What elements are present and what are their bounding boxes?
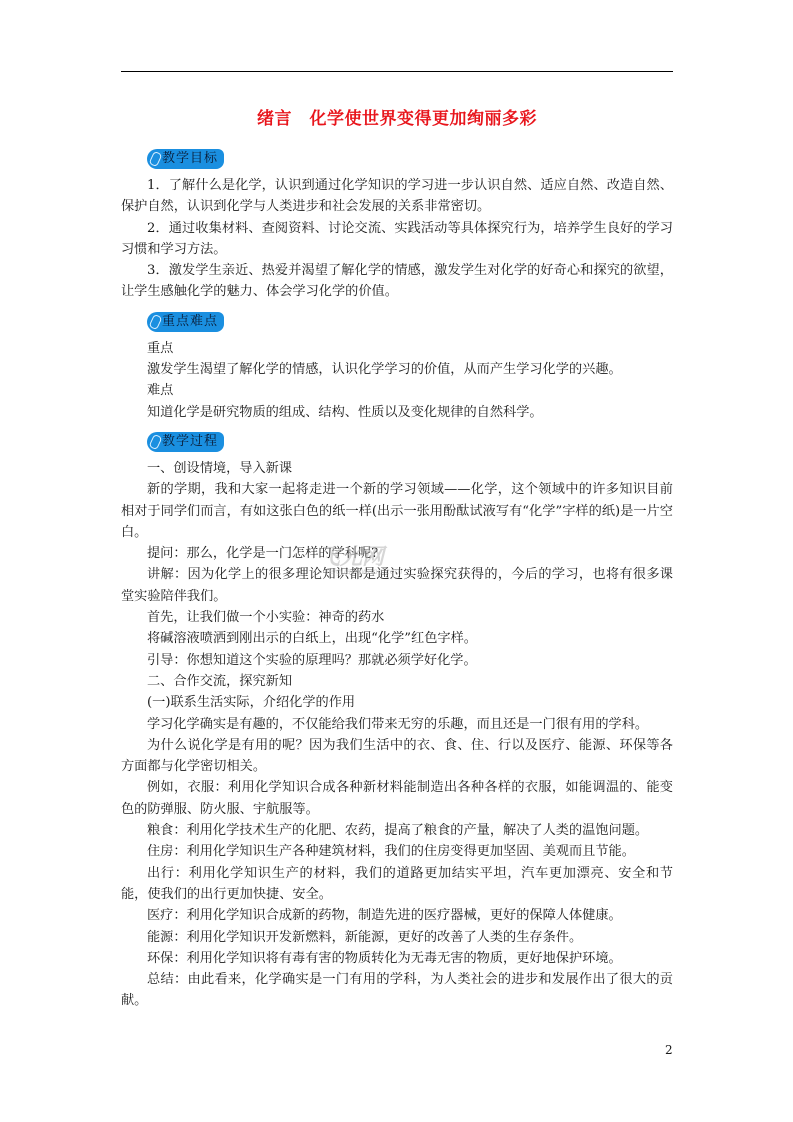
paperclip-icon bbox=[148, 434, 162, 450]
process-paragraph: 能源：利用化学知识开发新燃料，新能源，更好的改善了人类的生存条件。 bbox=[121, 927, 673, 948]
process-paragraph: 医疗：利用化学知识合成新的药物，制造先进的医疗器械，更好的保障人体健康。 bbox=[121, 905, 673, 926]
process-paragraph: (一)联系生活实际，介绍化学的作用 bbox=[121, 692, 673, 713]
badge-label: 教学过程 bbox=[162, 431, 218, 452]
paperclip-icon bbox=[148, 314, 162, 330]
document-title: 绪言 化学使世界变得更加绚丽多彩 bbox=[121, 104, 673, 129]
process-paragraph: 一、创设情境，导入新课 bbox=[121, 458, 673, 479]
section-badge-process: 教学过程 bbox=[147, 432, 224, 452]
header-rule bbox=[121, 71, 673, 72]
process-paragraph: 例如，衣服：利用化学知识合成各种新材料能制造出各种各样的衣服，如能调温的、能变色… bbox=[121, 777, 673, 820]
paperclip-icon bbox=[148, 151, 162, 167]
process-paragraph: 粮食：利用化学技术生产的化肥、农药，提高了粮食的产量，解决了人类的温饱问题。 bbox=[121, 820, 673, 841]
watermark: 飞光网 feiguangwang.com bbox=[318, 540, 402, 576]
process-paragraph: 二、合作交流，探究新知 bbox=[121, 671, 673, 692]
process-paragraph: 环保：利用化学知识将有毒有害的物质转化为无毒无害的物质，更好地保护环境。 bbox=[121, 948, 673, 969]
key-text: 激发学生渴望了解化学的情感，认识化学学习的价值，从而产生学习化学的兴趣。 bbox=[121, 359, 673, 380]
document-body: 教学目标 1．了解什么是化学，认识到通过化学知识的学习进一步认识自然、适应自然、… bbox=[121, 148, 673, 1012]
section-badge-objectives: 教学目标 bbox=[147, 149, 224, 169]
badge-label: 教学目标 bbox=[162, 148, 218, 169]
page-number: 2 bbox=[665, 1043, 673, 1057]
difficulty-text: 知道化学是研究物质的组成、结构、性质以及变化规律的自然科学。 bbox=[121, 402, 673, 423]
objective-3: 3．激发学生亲近、热爱并渴望了解化学的情感，激发学生对化学的好奇心和探究的欲望，… bbox=[121, 260, 673, 303]
process-paragraph: 引导：你想知道这个实验的原理吗？那就必须学好化学。 bbox=[121, 650, 673, 671]
objective-1: 1．了解什么是化学，认识到通过化学知识的学习进一步认识自然、适应自然、改造自然、… bbox=[121, 175, 673, 218]
process-paragraph: 总结：由此看来，化学确实是一门有用的学科，为人类社会的进步和发展作出了很大的贡献… bbox=[121, 969, 673, 1012]
objective-2: 2．通过收集材料、查阅资料、讨论交流、实践活动等具体探究行为，培养学生良好的学习… bbox=[121, 218, 673, 261]
process-paragraph: 首先，让我们做一个小实验：神奇的药水 bbox=[121, 607, 673, 628]
process-paragraph: 住房：利用化学知识生产各种建筑材料，我们的住房变得更加坚固、美观而且节能。 bbox=[121, 841, 673, 862]
process-paragraph: 出行：利用化学知识生产的材料，我们的道路更加结实平坦，汽车更加漂亮、安全和节能，… bbox=[121, 863, 673, 906]
watermark-subtext: feiguangwang.com bbox=[326, 567, 402, 576]
section-badge-key-points: 重点难点 bbox=[147, 312, 224, 332]
badge-label: 重点难点 bbox=[162, 311, 218, 332]
process-paragraph: 学习化学确实是有趣的，不仅能给我们带来无穷的乐趣，而且还是一门很有用的学科。 bbox=[121, 714, 673, 735]
process-paragraph: 为什么说化学是有用的呢？因为我们生活中的衣、食、住、行以及医疗、能源、环保等各方… bbox=[121, 735, 673, 778]
key-label: 重点 bbox=[121, 338, 673, 359]
difficulty-label: 难点 bbox=[121, 380, 673, 401]
process-paragraph: 新的学期，我和大家一起将走进一个新的学习领域——化学，这个领域中的许多知识目前相… bbox=[121, 479, 673, 543]
process-paragraph: 将碱溶液喷洒到刚出示的白纸上，出现“化学”红色字样。 bbox=[121, 628, 673, 649]
